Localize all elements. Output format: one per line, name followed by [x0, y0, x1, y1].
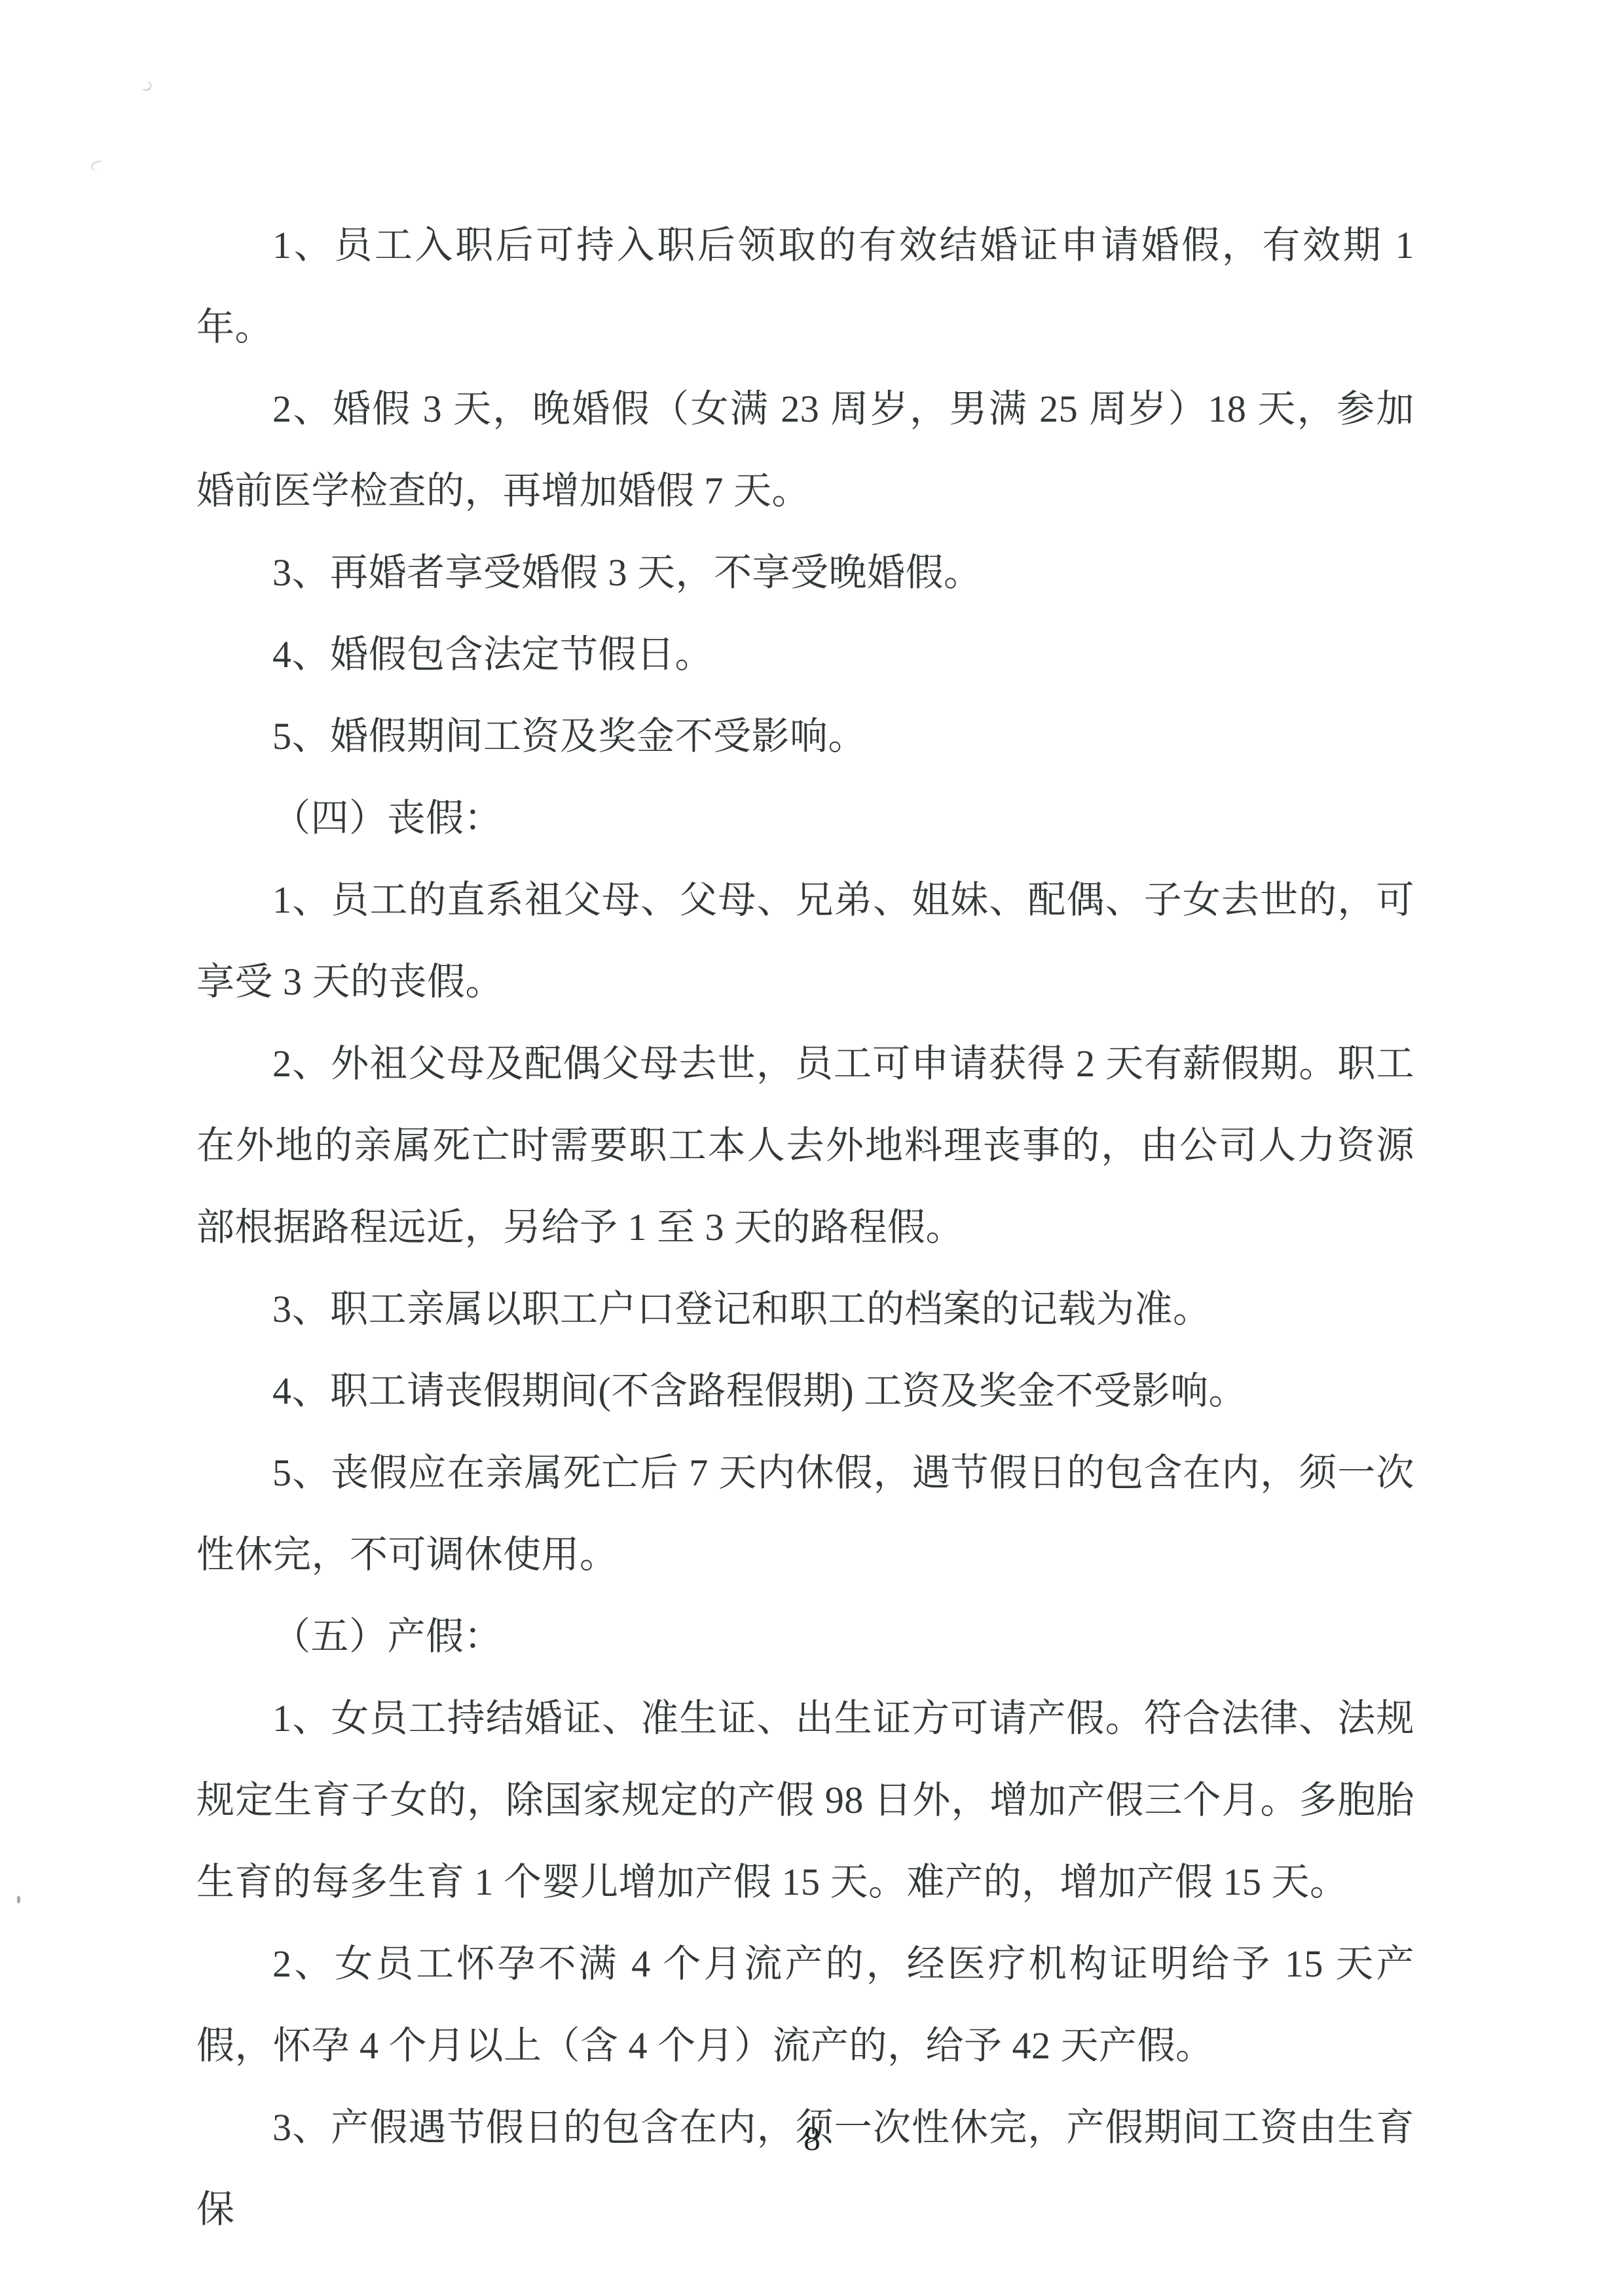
paragraph: 1、女员工持结婚证、准生证、出生证方可请产假。符合法律、法规规定生育子女的，除国…	[196, 1677, 1414, 1923]
page-number: 8	[0, 2120, 1624, 2159]
paragraph: 1、员工的直系祖父母、父母、兄弟、姐妹、配偶、子女去世的，可享受 3 天的丧假。	[196, 859, 1414, 1023]
scan-speck	[139, 80, 153, 92]
scan-speck	[89, 158, 105, 172]
paragraph: 1、员工入职后可持入职后领取的有效结婚证申请婚假，有效期 1 年。	[196, 204, 1414, 368]
paragraph: 4、婚假包含法定节假日。	[196, 613, 1414, 695]
document-body: 1、员工入职后可持入职后领取的有效结婚证申请婚假，有效期 1 年。 2、婚假 3…	[196, 204, 1414, 2250]
paragraph: 2、外祖父母及配偶父母去世，员工可申请获得 2 天有薪假期。职工在外地的亲属死亡…	[196, 1023, 1414, 1268]
document-page: 1、员工入职后可持入职后领取的有效结婚证申请婚假，有效期 1 年。 2、婚假 3…	[0, 0, 1624, 2296]
paragraph: 2、女员工怀孕不满 4 个月流产的，经医疗机构证明给予 15 天产假，怀孕 4 …	[196, 1923, 1414, 2086]
scan-speck	[17, 1896, 20, 1903]
paragraph: 2、婚假 3 天，晚婚假（女满 23 周岁，男满 25 周岁）18 天，参加婚前…	[196, 368, 1414, 532]
paragraph: 3、职工亲属以职工户口登记和职工的档案的记载为准。	[196, 1268, 1414, 1350]
paragraph: 5、婚假期间工资及奖金不受影响。	[196, 695, 1414, 777]
paragraph: 5、丧假应在亲属死亡后 7 天内休假，遇节假日的包含在内，须一次性休完，不可调休…	[196, 1432, 1414, 1595]
paragraph: （四）丧假：	[196, 777, 1414, 859]
paragraph: 3、产假遇节假日的包含在内，须一次性休完，产假期间工资由生育保	[196, 2086, 1414, 2250]
paragraph: （五）产假：	[196, 1595, 1414, 1677]
paragraph: 3、再婚者享受婚假 3 天，不享受晚婚假。	[196, 532, 1414, 613]
paragraph: 4、职工请丧假期间(不含路程假期) 工资及奖金不受影响。	[196, 1350, 1414, 1432]
